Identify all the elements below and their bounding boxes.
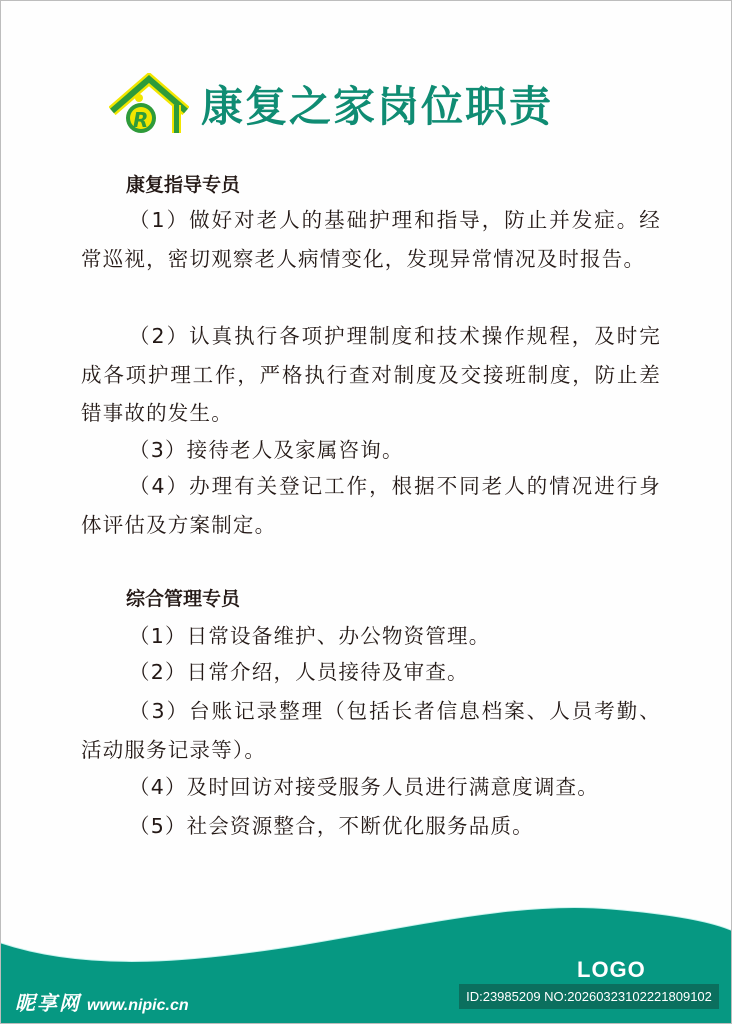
duty-item: （4）办理有关登记工作，根据不同老人的情况进行身体评估及方案制定。	[81, 467, 661, 544]
house-logo-icon: R	[109, 73, 189, 137]
watermark-brand: 昵享网	[15, 987, 81, 1016]
duty-item: （4）及时回访对接受服务人员进行满意度调查。	[81, 768, 661, 807]
duty-item: （2）日常介绍，人员接待及审查。	[81, 653, 661, 692]
footer-logo-placeholder: LOGO	[577, 957, 646, 983]
duty-item: （1）日常设备维护、办公物资管理。	[81, 617, 661, 656]
watermark-url: www.nipic.cn	[87, 997, 189, 1015]
poster-page: R 康复之家岗位职责 康复指导专员 （1）做好对老人的基础护理和指导，防止并发症…	[0, 0, 732, 1024]
image-id-bar: ID:23985209 NO:20260323102221809102	[459, 984, 719, 1009]
svg-text:R: R	[133, 108, 148, 132]
duty-item: （5）社会资源整合，不断优化服务品质。	[81, 807, 661, 846]
duty-item: （3）接待老人及家属咨询。	[81, 431, 661, 470]
duty-item: （2）认真执行各项护理制度和技术操作规程，及时完成各项护理工作，严格执行查对制度…	[81, 317, 661, 433]
duty-item: （3）台账记录整理（包括长者信息档案、人员考勤、活动服务记录等）。	[81, 692, 661, 769]
page-title: 康复之家岗位职责	[201, 81, 553, 133]
section-heading-rehab: 康复指导专员	[126, 171, 240, 199]
duty-item: （1）做好对老人的基础护理和指导，防止并发症。经常巡视，密切观察老人病情变化，发…	[81, 201, 661, 278]
header: R	[109, 73, 189, 137]
section-heading-admin: 综合管理专员	[126, 585, 240, 613]
watermark: 昵享网 www.nipic.cn	[15, 987, 189, 1016]
